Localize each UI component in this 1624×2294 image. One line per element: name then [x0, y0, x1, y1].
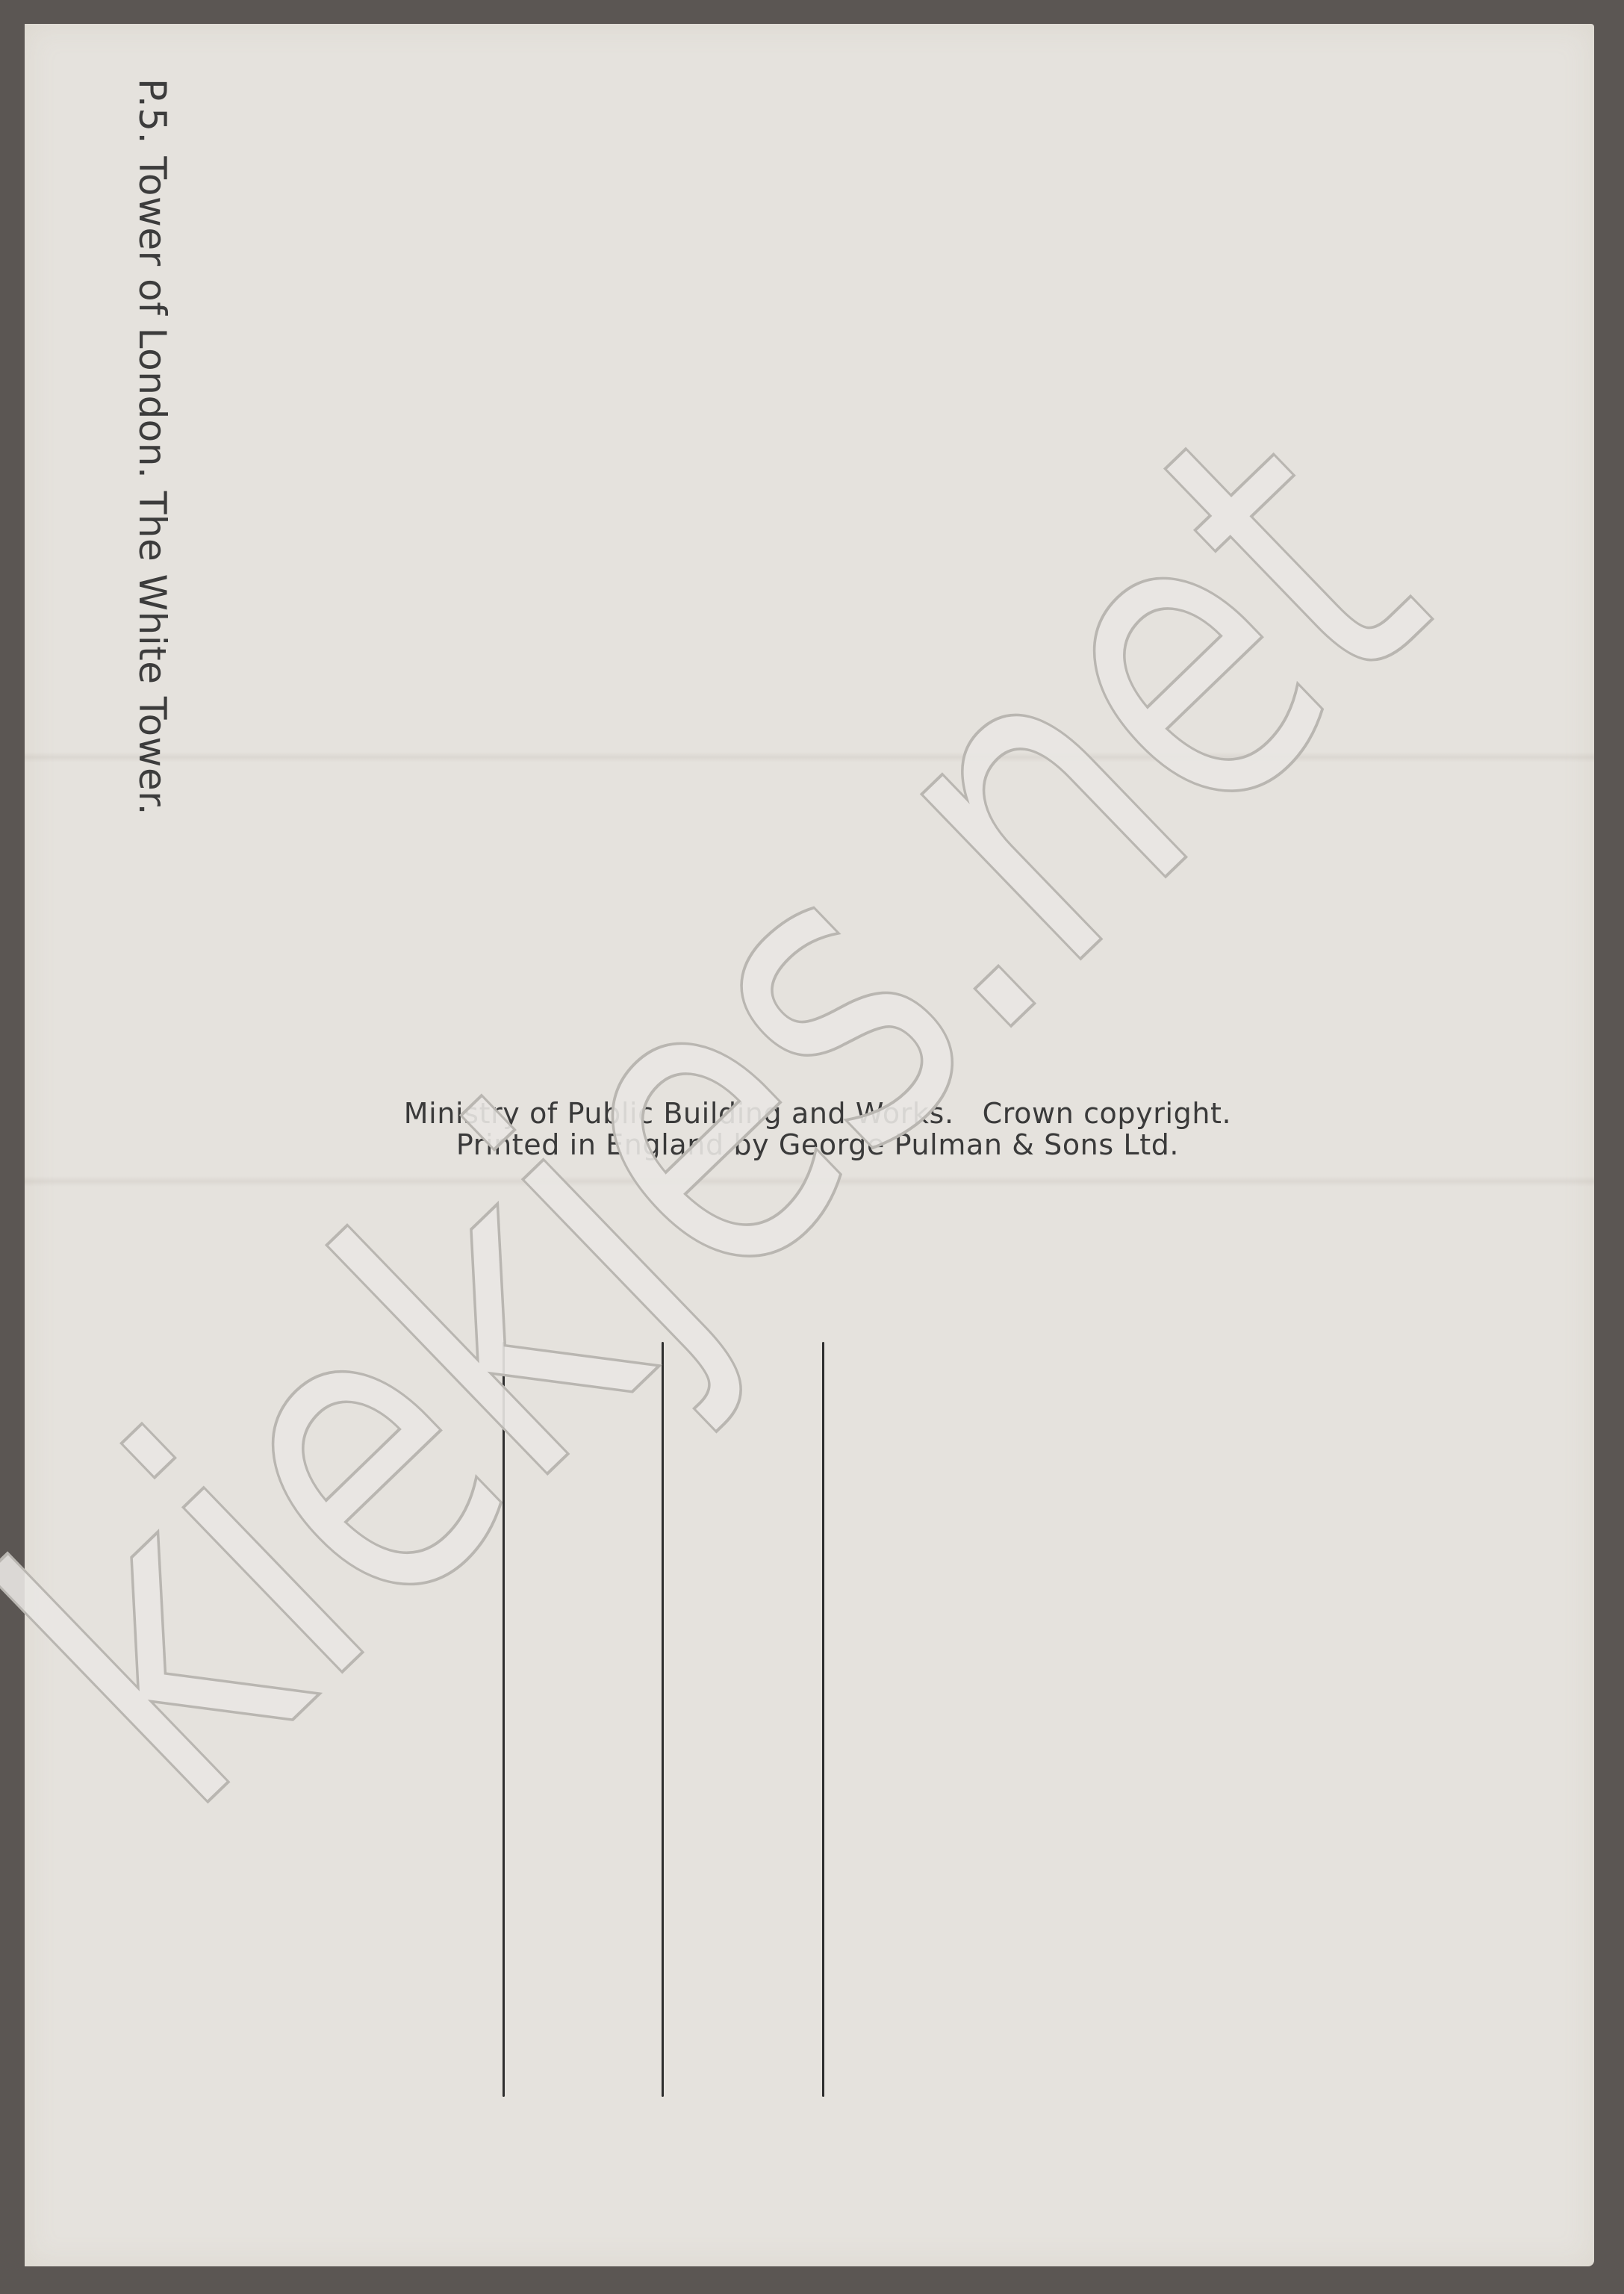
postcard-caption: P.5. Tower of London. The White Tower. [131, 78, 174, 815]
imprint-line-printer: Printed in England by George Pulman & So… [321, 1129, 1314, 1160]
address-rule-2 [662, 1342, 664, 2097]
fold-line-lower [25, 1176, 1594, 1187]
imprint-line-ministry: Ministry of Public Building and Works. C… [321, 1098, 1314, 1129]
address-rule-1 [503, 1342, 505, 2097]
address-rule-3 [822, 1342, 824, 2097]
fold-line-upper [25, 752, 1594, 762]
publisher-imprint: Ministry of Public Building and Works. C… [321, 1098, 1314, 1160]
